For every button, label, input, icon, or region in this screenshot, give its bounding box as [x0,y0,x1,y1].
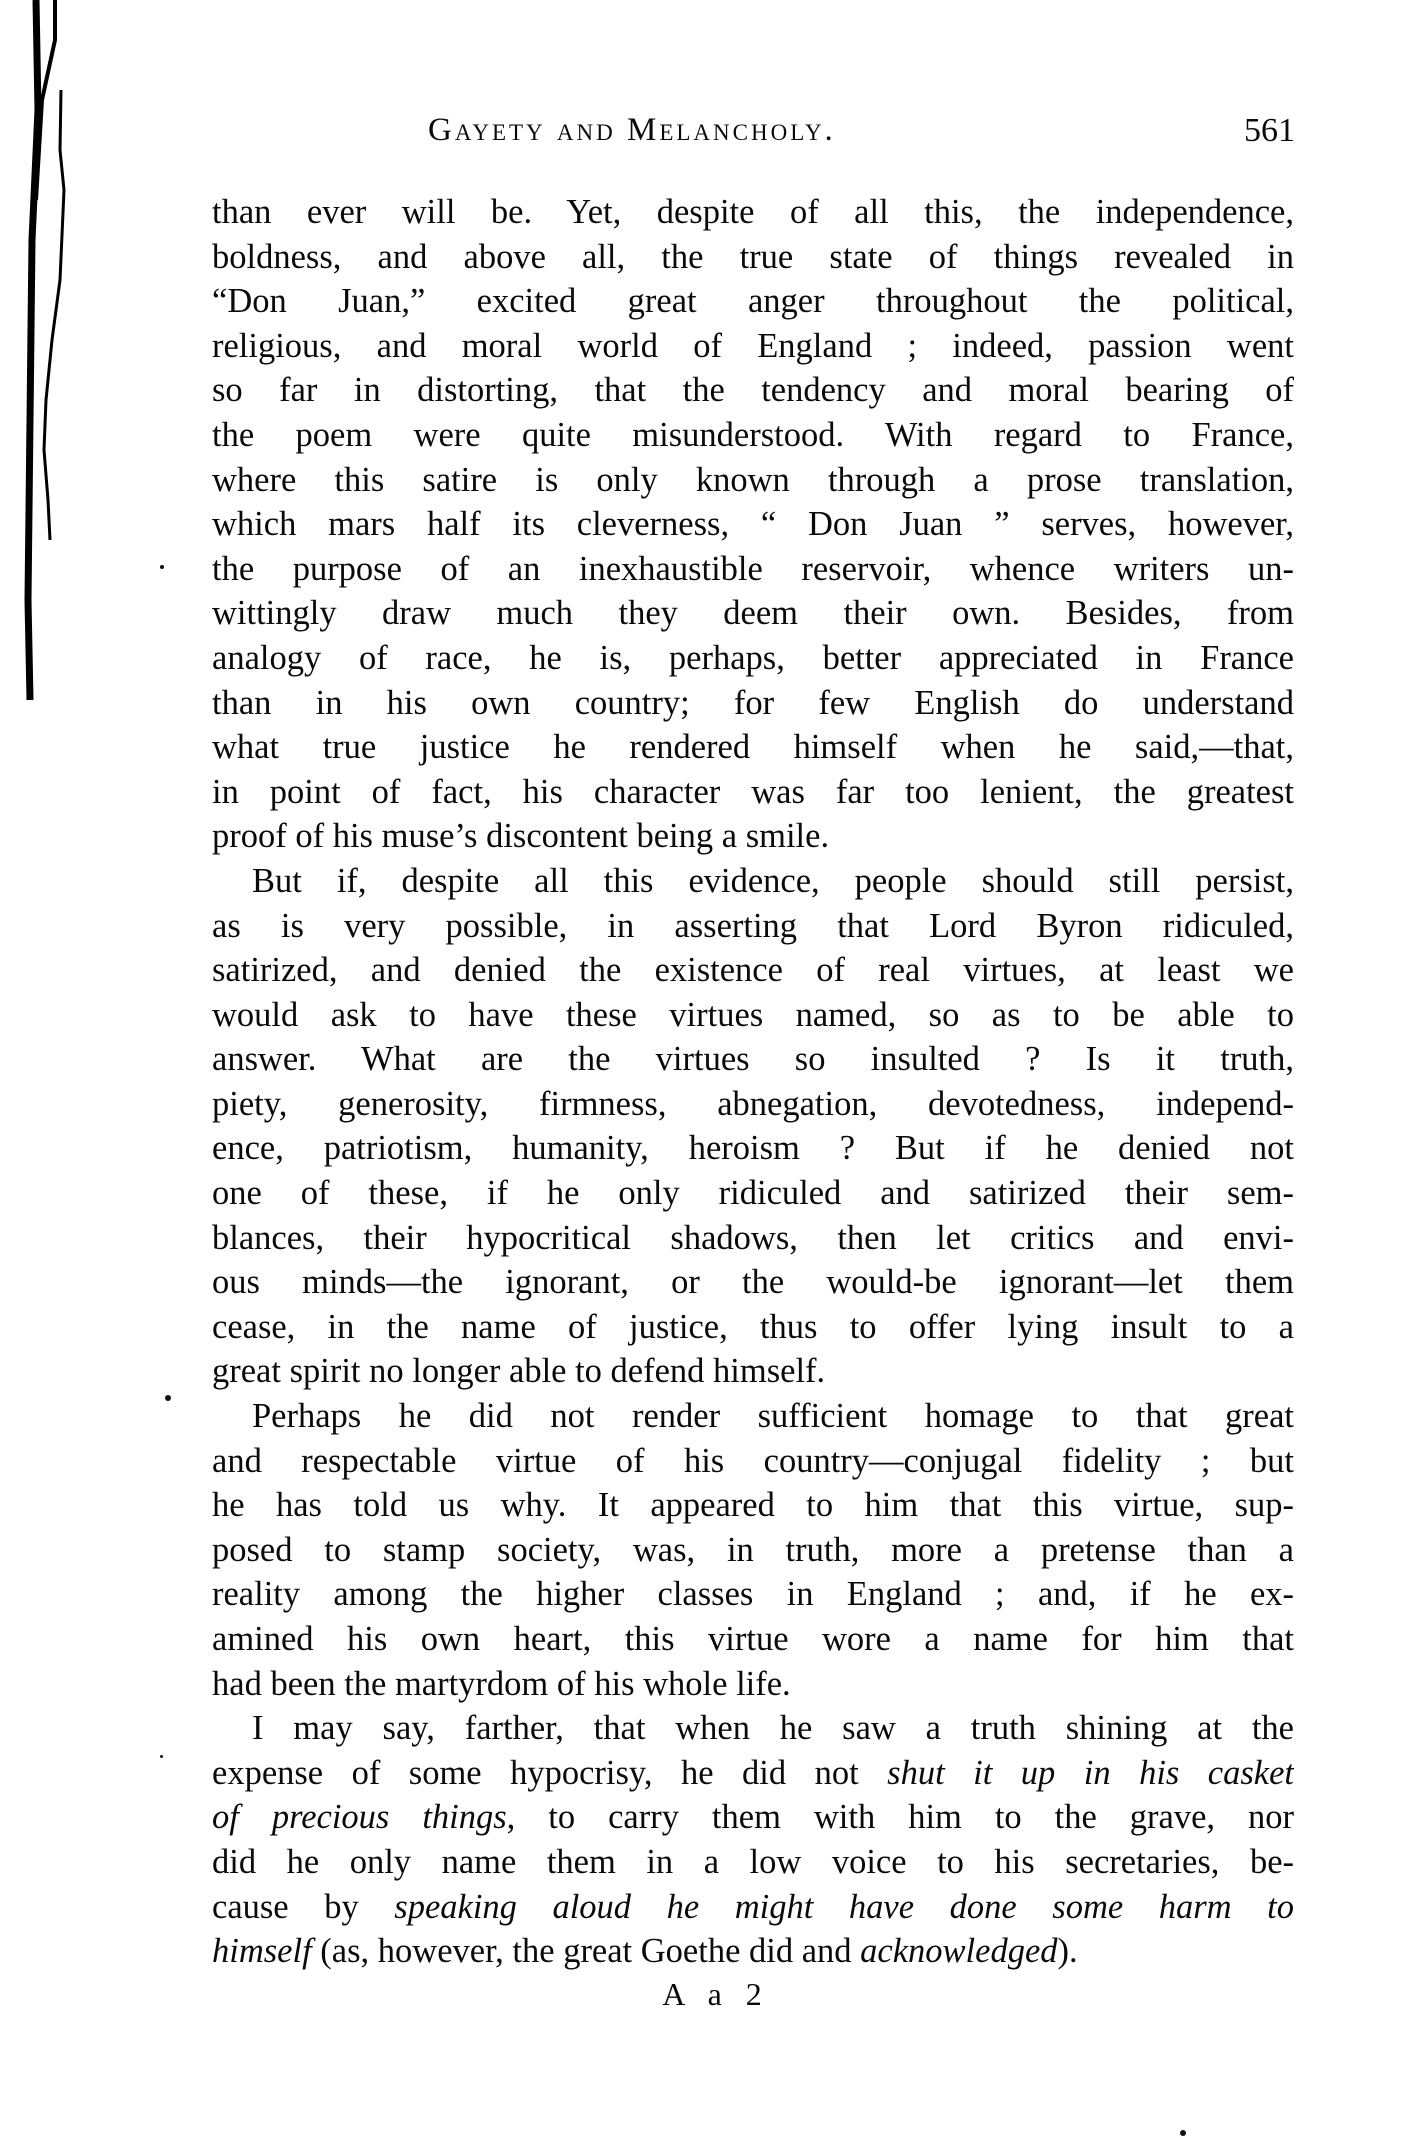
scan-speck [160,1755,163,1758]
text-line: one of these, if he only ridiculed and s… [212,1171,1294,1216]
text-line: reality among the higher classes in Engl… [212,1572,1294,1617]
paragraph: I may say, farther, that when he saw a t… [212,1706,1294,1974]
text-line: in point of fact, his character was far … [212,770,1294,815]
paragraph: than ever will be. Yet, despite of all t… [212,190,1294,859]
text-line: and respectable virtue of his country—co… [212,1439,1294,1484]
text-line: blances, their hypocritical shadows, the… [212,1216,1294,1261]
text-line: boldness, and above all, the true state … [212,235,1294,280]
text-line: piety, generosity, firmness, abnegation,… [212,1082,1294,1127]
italic-run: acknowledged [860,1932,1057,1970]
text-line: proof of his muse’s discontent being a s… [212,814,1294,859]
text-line: great spirit no longer able to defend hi… [212,1349,1294,1394]
text-line: so far in distorting, that the tendency … [212,368,1294,413]
text-line: answer. What are the virtues so insulted… [212,1037,1294,1082]
text-line: wittingly draw much they deem their own.… [212,591,1294,636]
text-line: of precious things, to carry them with h… [212,1795,1294,1840]
text-line: I may say, farther, that when he saw a t… [212,1706,1294,1751]
text-line: than ever will be. Yet, despite of all t… [212,190,1294,235]
text-line: ous minds—the ignorant, or the would-be … [212,1260,1294,1305]
text-line: posed to stamp society, was, in truth, m… [212,1528,1294,1573]
scan-speck [165,1395,171,1401]
italic-run: speaking aloud he might have done some h… [394,1888,1294,1926]
text-line: which mars half its cleverness, “ Don Ju… [212,502,1294,547]
running-title: Gayety and Melancholy. [428,112,836,149]
text-line: ence, patriotism, humanity, heroism ? Bu… [212,1126,1294,1171]
text-run: ). [1058,1932,1078,1970]
signature-mark: A a 2 [0,1976,1402,2013]
page-number: 561 [1244,112,1295,150]
running-header: Gayety and Melancholy. 561 [210,112,1295,156]
text-line: would ask to have these virtues named, s… [212,993,1294,1038]
text-line: he has told us why. It appeared to him t… [212,1483,1294,1528]
text-line: where this satire is only known through … [212,458,1294,503]
italic-run: of precious things [212,1798,507,1836]
text-run: , to carry them with him to the grave, n… [507,1798,1294,1836]
italic-run: shut it up in his casket [887,1754,1294,1792]
paragraph: Perhaps he did not render sufficient hom… [212,1394,1294,1706]
page-edge-binding-marks [0,0,80,1600]
text-run: cause by [212,1888,394,1926]
text-line: But if, despite all this evidence, peopl… [212,859,1294,904]
italic-run: himself [212,1932,312,1970]
text-line: “Don Juan,” excited great anger througho… [212,279,1294,324]
text-line: himself (as, however, the great Goethe d… [212,1929,1294,1974]
body-text: than ever will be. Yet, despite of all t… [212,190,1294,1974]
text-line: amined his own heart, this virtue wore a… [212,1617,1294,1662]
text-line: the purpose of an inexhaustible reservoi… [212,547,1294,592]
text-line: cause by speaking aloud he might have do… [212,1885,1294,1930]
text-run: expense of some hypocrisy, he did not [212,1754,887,1792]
text-line: analogy of race, he is, perhaps, better … [212,636,1294,681]
text-line: cease, in the name of justice, thus to o… [212,1305,1294,1350]
text-line: the poem were quite misunderstood. With … [212,413,1294,458]
text-line: Perhaps he did not render sufficient hom… [212,1394,1294,1439]
text-line: what true justice he rendered himself wh… [212,725,1294,770]
text-line: did he only name them in a low voice to … [212,1840,1294,1885]
text-line: expense of some hypocrisy, he did not sh… [212,1751,1294,1796]
paragraph: But if, despite all this evidence, peopl… [212,859,1294,1394]
text-line: than in his own country; for few English… [212,681,1294,726]
scan-speck [1180,2130,1186,2136]
scan-speck [160,565,164,569]
text-line: had been the martyrdom of his whole life… [212,1662,1294,1707]
text-line: religious, and moral world of England ; … [212,324,1294,369]
text-line: as is very possible, in asserting that L… [212,904,1294,949]
text-run: (as, however, the great Goethe did and [312,1932,861,1970]
text-line: satirized, and denied the existence of r… [212,948,1294,993]
